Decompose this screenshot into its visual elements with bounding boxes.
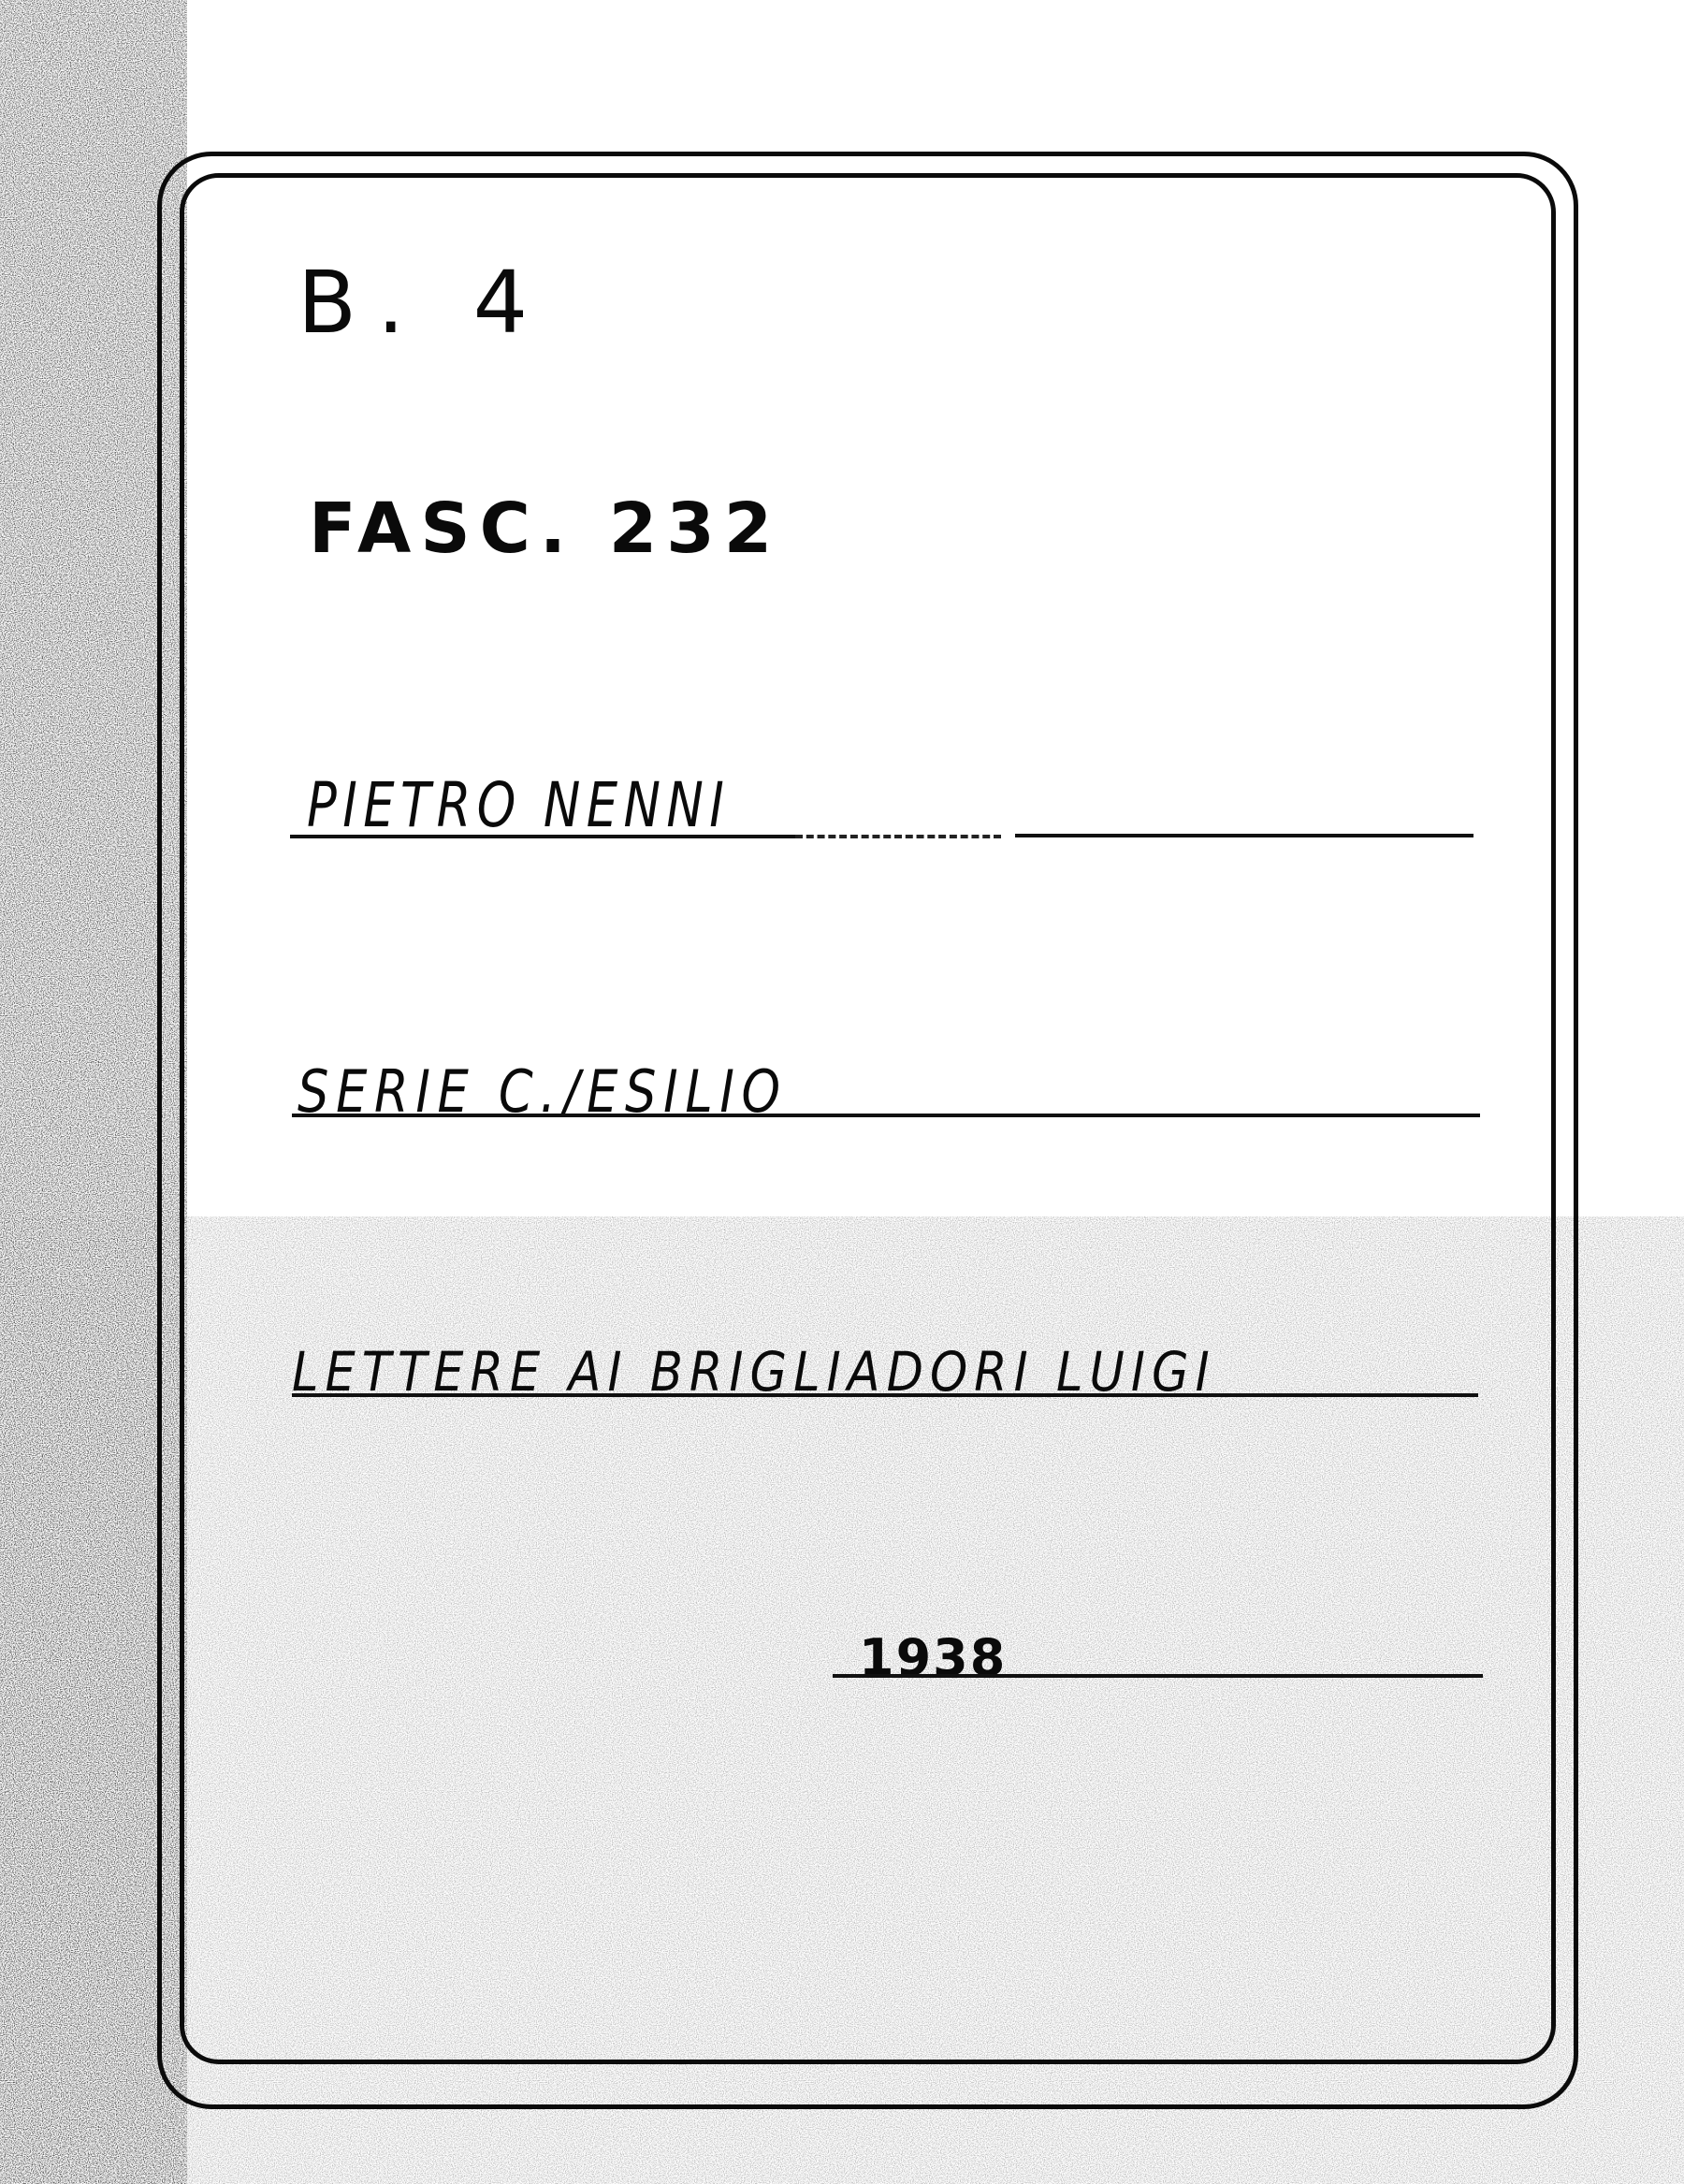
series-underline [292,1114,1480,1117]
person-name: PIETRO NENNI [307,769,730,841]
fascicle-number: FASC. 232 [309,488,781,569]
name-underline-left [290,835,795,838]
year-label: 1938 [859,1628,1007,1687]
box-number: B. 4 [298,253,548,353]
subject-underline [292,1393,1478,1397]
name-underline-dashed [795,835,1001,838]
year-underline [833,1674,1483,1678]
name-underline-right [1015,834,1473,837]
